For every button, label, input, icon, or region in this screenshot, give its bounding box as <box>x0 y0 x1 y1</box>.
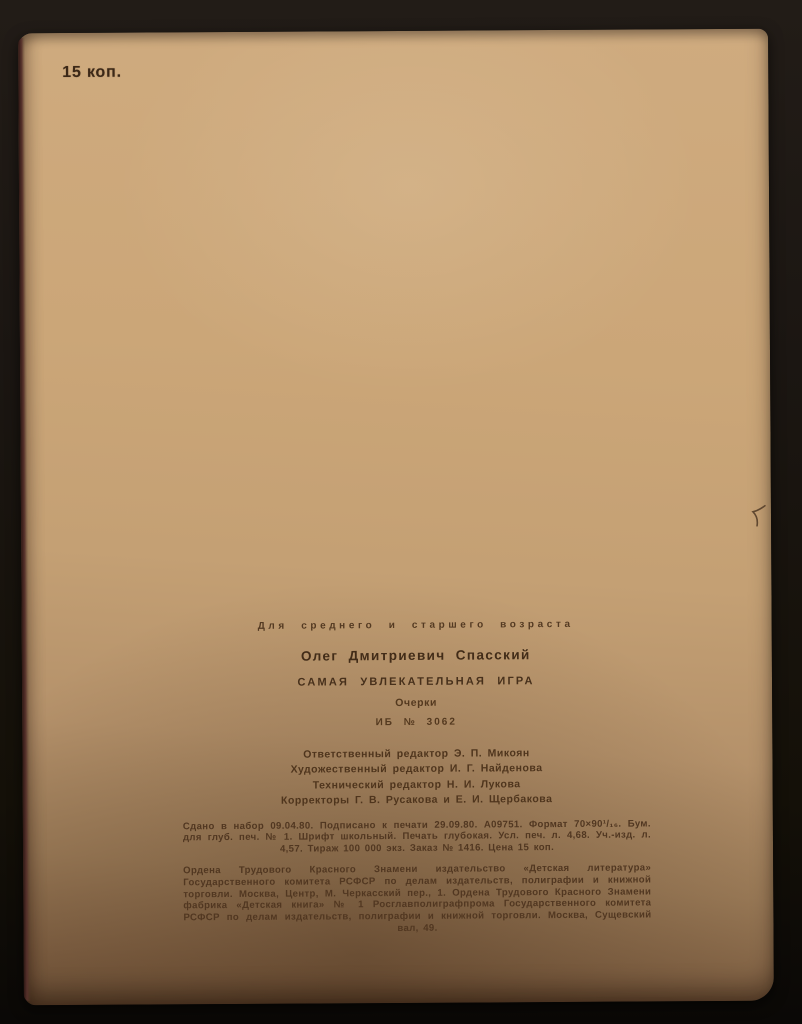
page-edges <box>18 37 31 1001</box>
book-back-cover: 15 коп. Для среднего и старшего возраста… <box>18 29 774 1006</box>
photo-background: 15 коп. Для среднего и старшего возраста… <box>0 0 802 1024</box>
pen-mark-icon <box>747 502 773 532</box>
colophon-block: Для среднего и старшего возраста Олег Дм… <box>60 618 774 937</box>
subtitle-genre: Очерки <box>60 695 772 711</box>
price-label: 15 коп. <box>62 64 122 82</box>
audience-line: Для среднего и старшего возраста <box>60 618 772 633</box>
editor-line: Корректоры Г. В. Русакова и Е. И. Щербак… <box>61 791 773 811</box>
ib-number: ИБ № 3062 <box>60 715 772 730</box>
imprint-publisher: Ордена Трудового Красного Знамени издате… <box>183 862 651 936</box>
imprint-technical: Сдано в набор 09.04.80. Подписано к печа… <box>183 818 651 856</box>
editors-block: Ответственный редактор Э. П. Микоян Худо… <box>60 745 772 811</box>
book-title: САМАЯ УВЛЕКАТЕЛЬНАЯ ИГРА <box>60 674 772 690</box>
author-name: Олег Дмитриевич Спасский <box>60 646 772 665</box>
